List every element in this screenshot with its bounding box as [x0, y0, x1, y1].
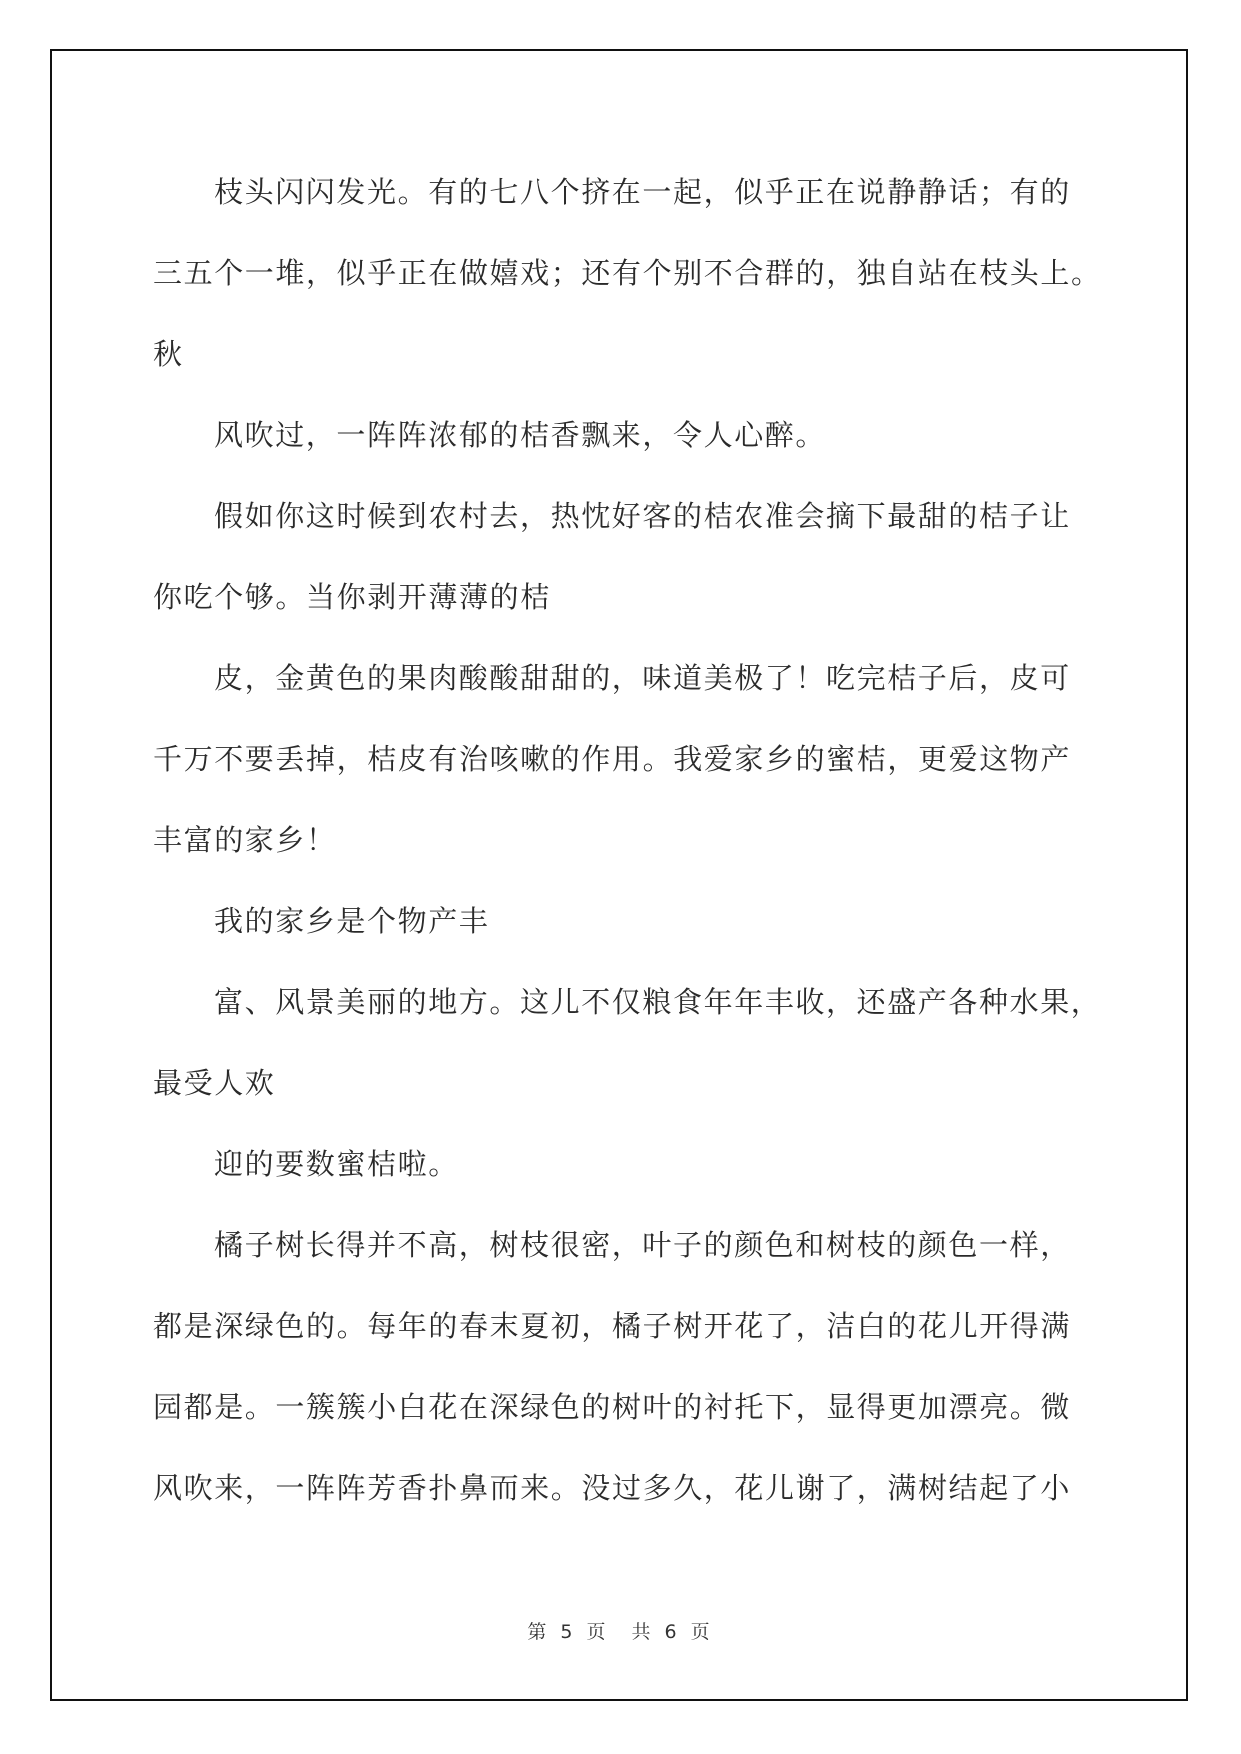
text-line: 园都是。一簇簇小白花在深绿色的树叶的衬托下，显得更加漂亮。微	[153, 1367, 1118, 1448]
text-line: 最受人欢	[153, 1043, 1118, 1124]
page-number-total: 共 6 页	[632, 1612, 714, 1652]
text-line: 迎的要数蜜桔啦。	[153, 1124, 1118, 1205]
text-line: 风吹过，一阵阵浓郁的桔香飘来，令人心醉。	[153, 395, 1118, 476]
text-line: 你吃个够。当你剥开薄薄的桔	[153, 557, 1118, 638]
text-line: 假如你这时候到农村去，热忱好客的桔农准会摘下最甜的桔子让	[153, 476, 1118, 557]
text-line: 富、风景美丽的地方。这儿不仅粮食年年丰收，还盛产各种水果，	[153, 962, 1118, 1043]
text-line: 三五个一堆，似乎正在做嬉戏；还有个别不合群的，独自站在枝头上。	[153, 233, 1118, 314]
text-line: 千万不要丢掉，桔皮有治咳嗽的作用。我爱家乡的蜜桔，更爱这物产	[153, 719, 1118, 800]
text-line: 风吹来，一阵阵芳香扑鼻而来。没过多久，花儿谢了，满树结起了小	[153, 1448, 1118, 1529]
document-page: 枝头闪闪发光。有的七八个挤在一起，似乎正在说静静话；有的 三五个一堆，似乎正在做…	[0, 0, 1241, 1754]
text-line: 皮，金黄色的果肉酸酸甜甜的，味道美极了！吃完桔子后，皮可	[153, 638, 1118, 719]
page-number-current: 第 5 页	[527, 1612, 609, 1652]
text-line: 枝头闪闪发光。有的七八个挤在一起，似乎正在说静静话；有的	[153, 152, 1118, 233]
page-footer: 第 5 页共 6 页	[0, 1612, 1241, 1652]
text-line: 橘子树长得并不高，树枝很密，叶子的颜色和树枝的颜色一样，	[153, 1205, 1118, 1286]
text-line: 丰富的家乡！	[153, 800, 1118, 881]
text-line: 我的家乡是个物产丰	[153, 881, 1118, 962]
text-line: 秋	[153, 314, 1118, 395]
text-line: 都是深绿色的。每年的春末夏初，橘子树开花了，洁白的花儿开得满	[153, 1286, 1118, 1367]
document-body: 枝头闪闪发光。有的七八个挤在一起，似乎正在说静静话；有的 三五个一堆，似乎正在做…	[153, 152, 1118, 1529]
